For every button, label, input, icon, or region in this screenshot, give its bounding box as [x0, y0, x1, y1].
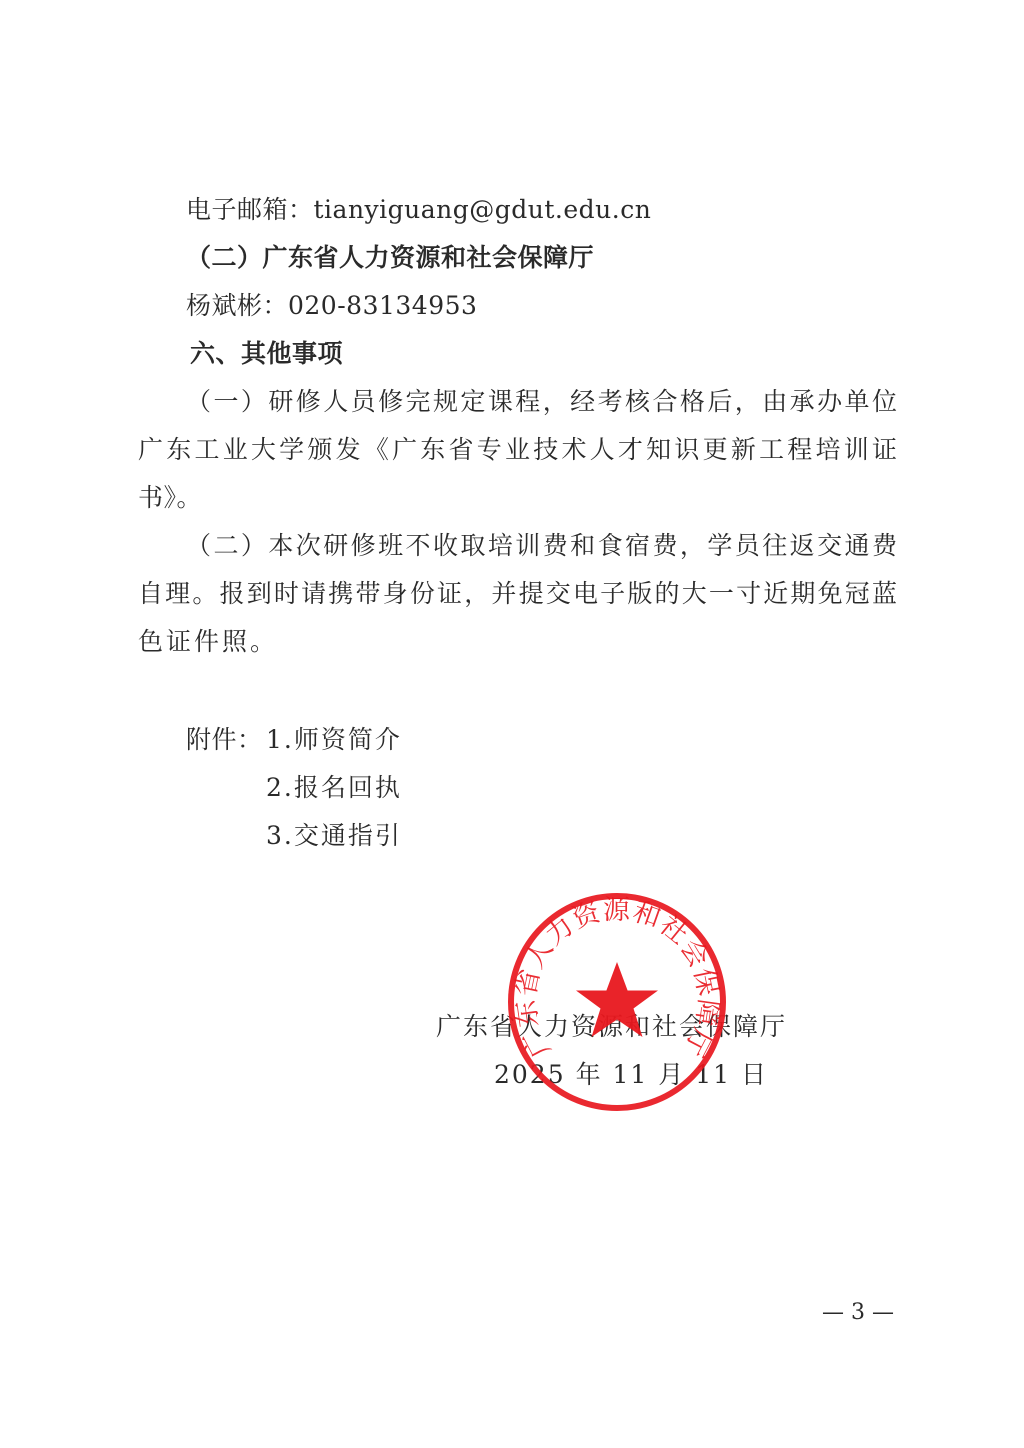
paragraph-line: （一）研修人员修完规定课程，经考核合格后，由承办单位 — [186, 387, 898, 417]
paragraph-line: （二）本次研修班不收取培训费和食宿费，学员往返交通费 — [186, 531, 898, 561]
org-heading: （二）广东省人力资源和社会保障厅 — [186, 243, 594, 273]
attachment-item: 2.报名回执 — [266, 773, 402, 803]
signature-date: 2025 年 11 月 11 日 — [494, 1060, 768, 1090]
paragraph-line: 自理。报到时请携带身份证，并提交电子版的大一寸近期免冠蓝 — [138, 579, 898, 609]
paragraph-line: 色证件照。 — [138, 627, 278, 657]
paragraph-line: 广东工业大学颁发《广东省专业技术人才知识更新工程培训证 — [138, 435, 898, 465]
attachment-item: 3.交通指引 — [266, 821, 402, 851]
section-heading: 六、其他事项 — [190, 339, 343, 369]
phone-line: 杨斌彬：020-83134953 — [186, 291, 477, 321]
email-line: 电子邮箱：tianyiguang@gdut.edu.cn — [186, 195, 651, 225]
attachments-label: 附件： — [186, 725, 263, 755]
signature-org: 广东省人力资源和社会保障厅 — [436, 1012, 787, 1042]
document-page: 电子邮箱：tianyiguang@gdut.edu.cn （二）广东省人力资源和… — [0, 0, 1024, 1448]
attachment-item: 1.师资简介 — [266, 725, 402, 755]
paragraph-line: 书》。 — [138, 483, 202, 513]
page-number: — 3 — — [822, 1300, 894, 1326]
